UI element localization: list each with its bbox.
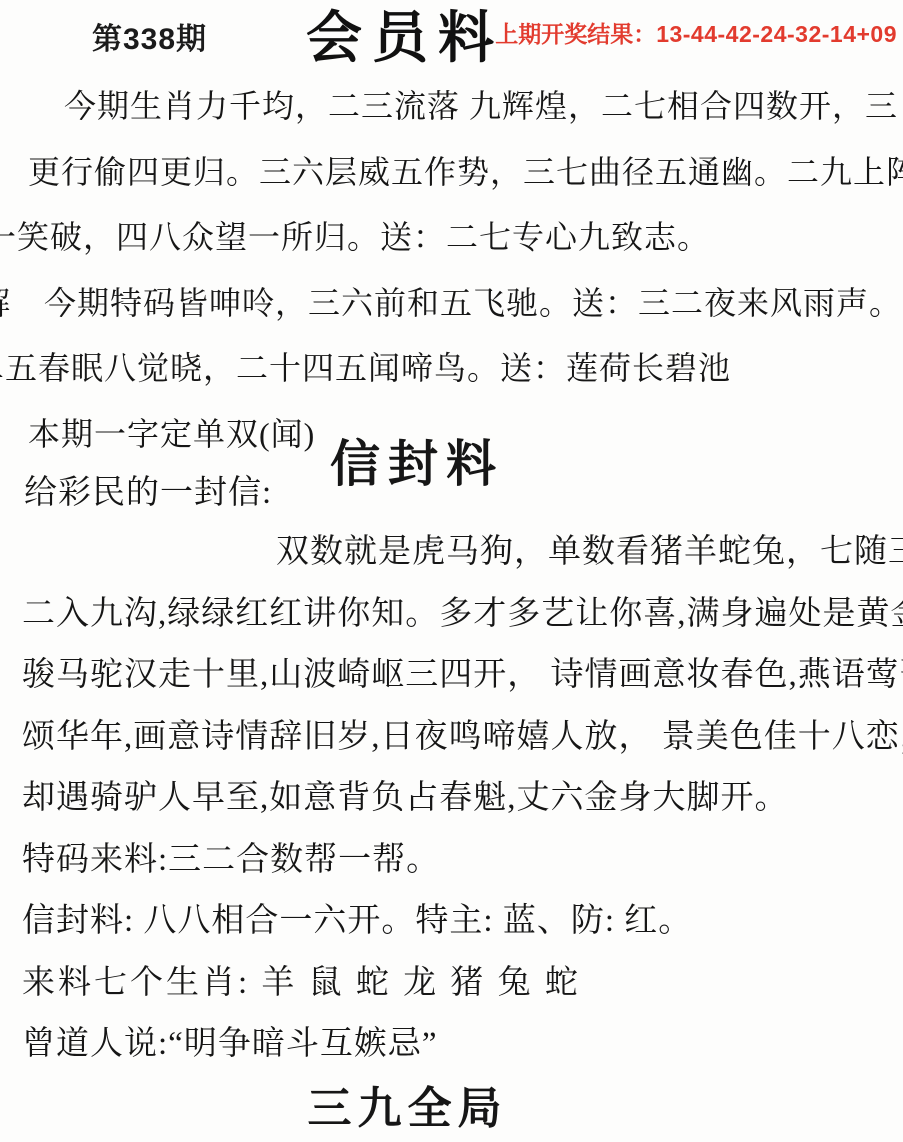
envelope-color-tip: 信封料: 八八相合一六开。特主: 蓝、防: 红。 bbox=[0, 891, 903, 953]
last-draw-result-numbers: 13-44-42-24-32-14+09 bbox=[656, 21, 897, 47]
envelope-section-title: 信封料 bbox=[330, 424, 504, 496]
page-title: 会员料 bbox=[306, 0, 504, 74]
letter-line: 颂华年,画意诗情辞旧岁,日夜鸣啼嬉人放， 景美色佳十八恋， bbox=[0, 707, 903, 769]
footer-title: 三九全局 bbox=[0, 1072, 815, 1136]
issue-number: 第338期 bbox=[92, 14, 207, 58]
letter-line: 二入九沟,绿绿红红讲你知。多才多艺让你喜,满身遍处是黄金, bbox=[0, 584, 903, 646]
last-draw-result: 上期开奖结果：13-44-42-24-32-14+09 bbox=[495, 16, 897, 49]
letter-line: 骏马驼汉走十里,山波崎岖三四开， 诗情画意妆春色,燕语莺歌 bbox=[0, 645, 903, 707]
member-line: 一笑破，四八众望一所归。送：二七专心九致志。 bbox=[0, 205, 903, 271]
letter-line: 双数就是虎马狗，单数看猪羊蛇兔，七随三 bbox=[0, 522, 903, 584]
member-line: 更行偷四更归。三六层威五作势，三七曲径五通幽。二九上阵 bbox=[0, 140, 903, 206]
zodiac-tip: 来料七个生肖: 羊 鼠 蛇 龙 猪 兔 蛇 bbox=[0, 953, 903, 1015]
special-code-tip: 特码来料:三二合数帮一帮。 bbox=[0, 830, 903, 892]
member-line: 二五春眠八觉晓，二十四五闻啼鸟。送：莲荷长碧池 bbox=[0, 336, 903, 402]
master-quote: 曾道人说:“明争暗斗互嫉忌” bbox=[0, 1014, 903, 1076]
tip-sheet-page: 第338期 会员料 上期开奖结果：13-44-42-24-32-14+09 今期… bbox=[0, 0, 903, 1142]
letter-line: 却遇骑驴人早至,如意背负占春魁,丈六金身大脚开。 bbox=[0, 768, 903, 830]
member-line: 今期生肖力千均，二三流落 九辉煌，二七相合四数开，三 bbox=[0, 74, 903, 140]
last-draw-result-label: 上期开奖结果： bbox=[495, 21, 656, 47]
envelope-letter: 双数就是虎马狗，单数看猪羊蛇兔，七随三 二入九沟,绿绿红红讲你知。多才多艺让你喜… bbox=[0, 522, 903, 1076]
member-material-section: 今期生肖力千均，二三流落 九辉煌，二七相合四数开，三 更行偷四更归。三六层威五作… bbox=[0, 74, 903, 467]
member-line: 解 今期特码皆呻呤，三六前和五飞驰。送：三二夜来风雨声。 bbox=[0, 271, 903, 337]
envelope-intro: 给彩民的一封信: bbox=[24, 466, 272, 513]
